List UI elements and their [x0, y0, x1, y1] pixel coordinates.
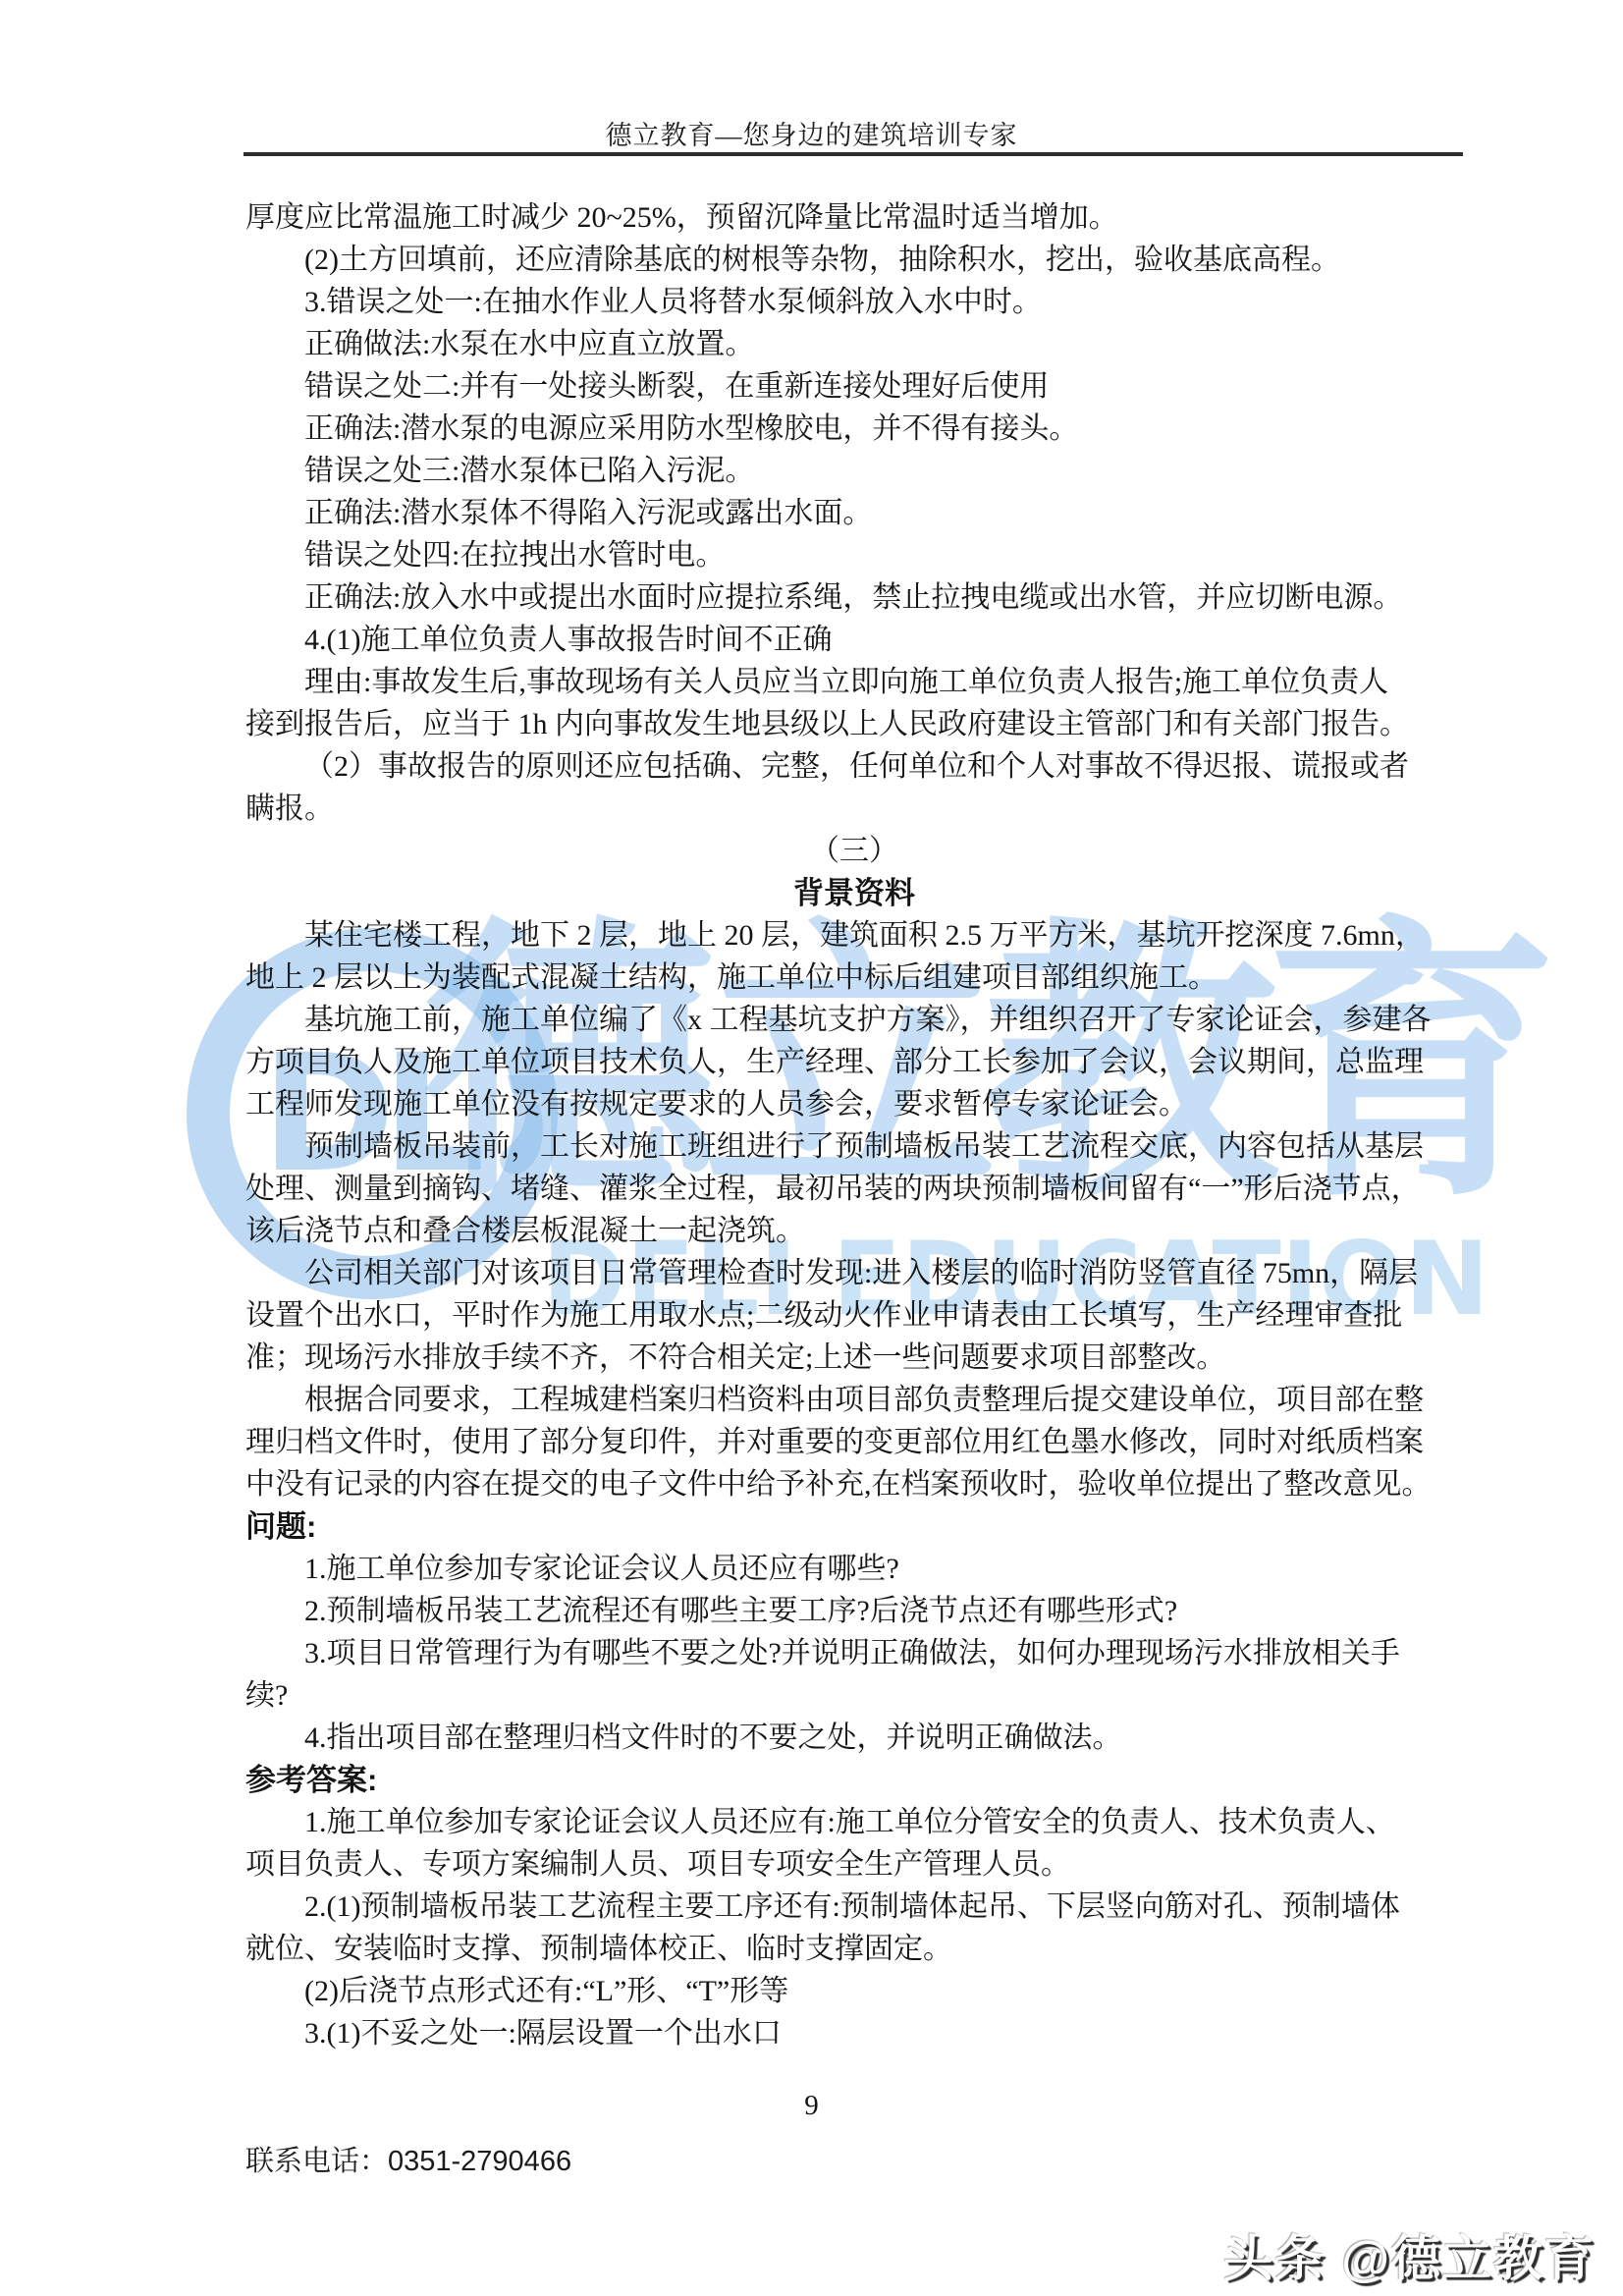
text-line: 准；现场污水排放手续不齐，不符合相关定;上述一些问题要求项目部整改。 [245, 1337, 1463, 1379]
text-line: 处理、测量到摘钩、堵缝、灌浆全过程，最初吊装的两块预制墙板间留有“一”形后浇节点… [245, 1168, 1463, 1210]
text-line: 续? [245, 1674, 1463, 1717]
text-line: 正确法:潜水泵体不得陷入污泥或露出水面。 [245, 492, 1463, 534]
footer-contact-phone: 联系电话：0351-2790466 [245, 2139, 571, 2179]
text-line: (2)土方回填前，还应清除基底的树根等杂物，抽除积水，挖出，验收基底高程。 [245, 239, 1463, 281]
text-line: 理归档文件时，使用了部分复印件，并对重要的变更部位用红色墨水修改，同时对纸质档案 [245, 1421, 1463, 1463]
text-line: 瞒报。 [245, 788, 1463, 830]
text-line: 1.施工单位参加专家论证会议人员还应有:施工单位分管安全的负责人、技术负责人、 [245, 1801, 1463, 1843]
text-line: （2）事故报告的原则还应包括确、完整，任何单位和个人对事故不得迟报、谎报或者 [245, 745, 1463, 788]
text-line: 该后浇节点和叠合楼层板混凝土一起浇筑。 [245, 1210, 1463, 1252]
text-line: 3.错误之处一:在抽水作业人员将替水泵倾斜放入水中时。 [245, 281, 1463, 323]
text-line: 错误之处二:并有一处接头断裂，在重新连接处理好后使用 [245, 365, 1463, 408]
text-line: (2)后浇节点形式还有:“L”形、“T”形等 [245, 1970, 1463, 2012]
heading-line: 问题: [245, 1505, 1463, 1548]
text-line: 预制墙板吊装前，工长对施工班组进行了预制墙板吊装工艺流程交底，内容包括从基层 [245, 1125, 1463, 1168]
text-line: 某住宅楼工程，地下 2 层，地上 20 层，建筑面积 2.5 万平方米，基坑开挖… [245, 914, 1463, 957]
text-line: 根据合同要求，工程城建档案归档资料由项目部负责整理后提交建设单位，项目部在整 [245, 1379, 1463, 1421]
text-line: 方项目负人及施工单位项目技术负人，生产经理、部分工长参加了会议，会议期间，总监理 [245, 1041, 1463, 1083]
page-number: 9 [0, 2090, 1623, 2122]
text-line: 正确法:潜水泵的电源应采用防水型橡胶电，并不得有接头。 [245, 408, 1463, 450]
heading-line: 参考答案: [245, 1759, 1463, 1801]
text-line: 1.施工单位参加专家论证会议人员还应有哪些? [245, 1548, 1463, 1590]
text-line: 公司相关部门对该项目日常管理检查时发现:进入楼层的临时消防竖管直径 75mn，隔… [245, 1252, 1463, 1294]
text-line: 地上 2 层以上为装配式混凝土结构，施工单位中标后组建项目部组织施工。 [245, 957, 1463, 999]
text-line: 中没有记录的内容在提交的电子文件中给予补充,在档案预收时，验收单位提出了整改意见… [245, 1463, 1463, 1505]
text-line: 厚度应比常温施工时减少 20~25%，预留沉降量比常温时适当增加。 [245, 196, 1463, 239]
text-line: 2.预制墙板吊装工艺流程还有哪些主要工序?后浇节点还有哪些形式? [245, 1590, 1463, 1632]
text-line: 2.(1)预制墙板吊装工艺流程主要工序还有:预制墙体起吊、下层竖向筋对孔、预制墙… [245, 1886, 1463, 1928]
text-line: 错误之处三:潜水泵体已陷入污泥。 [245, 450, 1463, 492]
text-line: 工程师发现施工单位没有按规定要求的人员参会，要求暂停专家论证会。 [245, 1083, 1463, 1125]
header-rule [243, 152, 1463, 156]
text-line: 理由:事故发生后,事故现场有关人员应当立即向施工单位负责人报告;施工单位负责人 [245, 661, 1463, 703]
corner-watermark: 头条 @德立教育 [1223, 2219, 1596, 2290]
text-line: 3.(1)不妥之处一:隔层设置一个出水口 [245, 2012, 1463, 2054]
text-line: 4.指出项目部在整理归档文件时的不要之处，并说明正确做法。 [245, 1717, 1463, 1759]
text-line: 接到报告后，应当于 1h 内向事故发生地县级以上人民政府建设主管部门和有关部门报… [245, 703, 1463, 745]
text-line: （三） [245, 830, 1463, 872]
text-line: 设置个出水口，平时作为施工用取水点;二级动火作业申请表由工长填写，生产经理审查批 [245, 1294, 1463, 1337]
text-line: 3.项目日常管理行为有哪些不要之处?并说明正确做法，如何办理现场污水排放相关手 [245, 1632, 1463, 1674]
text-line: 正确做法:水泵在水中应直立放置。 [245, 323, 1463, 365]
heading-line: 背景资料 [245, 872, 1463, 914]
text-line: 错误之处四:在拉拽出水管时电。 [245, 534, 1463, 576]
text-line: 就位、安装临时支撑、预制墙体校正、临时支撑固定。 [245, 1928, 1463, 1970]
text-line: 4.(1)施工单位负责人事故报告时间不正确 [245, 619, 1463, 661]
text-line: 项目负责人、专项方案编制人员、项目专项安全生产管理人员。 [245, 1843, 1463, 1886]
header-title: 德立教育—您身边的建筑培训专家 [0, 114, 1623, 152]
content-lines: 厚度应比常温施工时减少 20~25%，预留沉降量比常温时适当增加。(2)土方回填… [245, 196, 1463, 2054]
text-line: 基坑施工前，施工单位编了《x 工程基坑支护方案》，并组织召开了专家论证会，参建各 [245, 999, 1463, 1041]
document-page: DL 德立教育 DELI EDUCATION 德立教育—您身边的建筑培训专家 厚… [0, 0, 1623, 2296]
text-line: 正确法:放入水中或提出水面时应提拉系绳，禁止拉拽电缆或出水管，并应切断电源。 [245, 576, 1463, 619]
